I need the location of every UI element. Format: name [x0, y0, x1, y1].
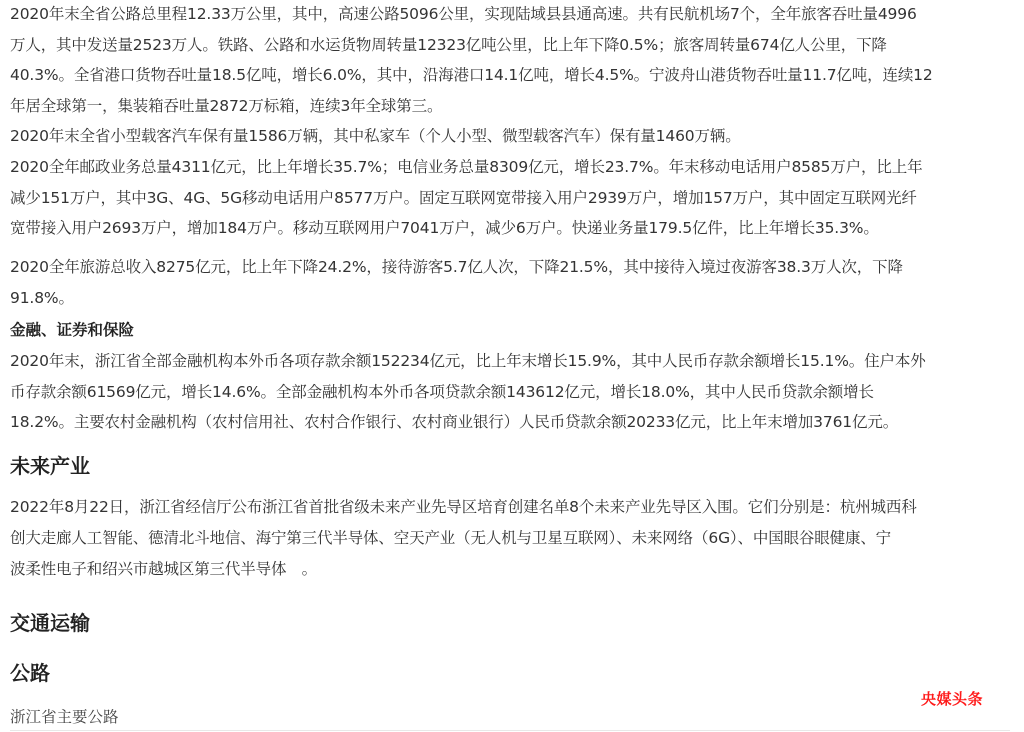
paragraph-line: 91.8%。: [10, 283, 903, 314]
paragraph-line: 2020年末全省小型载客汽车保有量1586万辆，其中私家车（个人小型、微型载客汽…: [10, 121, 741, 152]
caption-divider: [10, 730, 1010, 731]
paragraph-line: 万人，其中发送量2523万人。铁路、公路和水运货物周转量12323亿吨公里，比上…: [10, 30, 933, 61]
paragraph-line: 年居全球第一，集装箱吞吐量2872万标箱，连续3年全球第三。: [10, 91, 933, 122]
paragraph-line: 币存款余额61569亿元，增长14.6%。全部金融机构本外币各项贷款余额1436…: [10, 377, 926, 408]
finance-section: 金融、证券和保险 2020年末，浙江省全部金融机构本外币各项存款余额152234…: [10, 315, 926, 438]
paragraph-line: 2020年末全省公路总里程12.33万公里，其中，高速公路5096公里，实现陆域…: [10, 0, 933, 30]
transport-paragraph: 2020年末全省公路总里程12.33万公里，其中，高速公路5096公里，实现陆域…: [10, 0, 933, 121]
section-heading-transportation: 交通运输: [10, 607, 90, 636]
postal-telecom-paragraph: 2020全年邮政业务总量4311亿元，比上年增长35.7%；电信业务总量8309…: [10, 152, 922, 244]
vehicles-paragraph: 2020年末全省小型载客汽车保有量1586万辆，其中私家车（个人小型、微型载客汽…: [10, 121, 741, 152]
paragraph-line: 2020全年邮政业务总量4311亿元，比上年增长35.7%；电信业务总量8309…: [10, 152, 922, 183]
paragraph-line: 波柔性电子和绍兴市越城区第三代半导体 。: [10, 554, 917, 585]
paragraph-line: 创大走廊人工智能、德清北斗地信、海宁第三代半导体、空天产业（无人机与卫星互联网）…: [10, 523, 917, 554]
paragraph-line: 2020全年旅游总收入8275亿元，比上年下降24.2%，接待游客5.7亿人次，…: [10, 252, 903, 283]
tourism-paragraph: 2020全年旅游总收入8275亿元，比上年下降24.2%，接待游客5.7亿人次，…: [10, 252, 903, 313]
section-subheading: 金融、证券和保险: [10, 315, 926, 345]
paragraph-line: 18.2%。主要农村金融机构（农村信用社、农村合作银行、农村商业银行）人民币贷款…: [10, 407, 926, 438]
paragraph-line: 2020年末，浙江省全部金融机构本外币各项存款余额152234亿元，比上年末增长…: [10, 346, 926, 377]
paragraph-line: 减少151万户，其中3G、4G、5G移动电话用户8577万户。固定互联网宽带接入…: [10, 183, 922, 214]
future-industry-paragraph: 2022年8月22日，浙江省经信厅公布浙江省首批省级未来产业先导区培育创建名单8…: [10, 492, 917, 585]
image-caption: 浙江省主要公路: [10, 705, 119, 729]
watermark-logo: 央媒头条: [921, 688, 983, 709]
paragraph-line: 2022年8月22日，浙江省经信厅公布浙江省首批省级未来产业先导区培育创建名单8…: [10, 492, 917, 523]
paragraph-line: 宽带接入用户2693万户，增加184万户。移动互联网用户7041万户，减少6万户…: [10, 213, 922, 244]
paragraph-line: 40.3%。全省港口货物吞吐量18.5亿吨，增长6.0%，其中，沿海港口14.1…: [10, 60, 933, 91]
section-heading-highway: 公路: [10, 657, 50, 686]
section-heading-future-industry: 未来产业: [10, 450, 90, 479]
